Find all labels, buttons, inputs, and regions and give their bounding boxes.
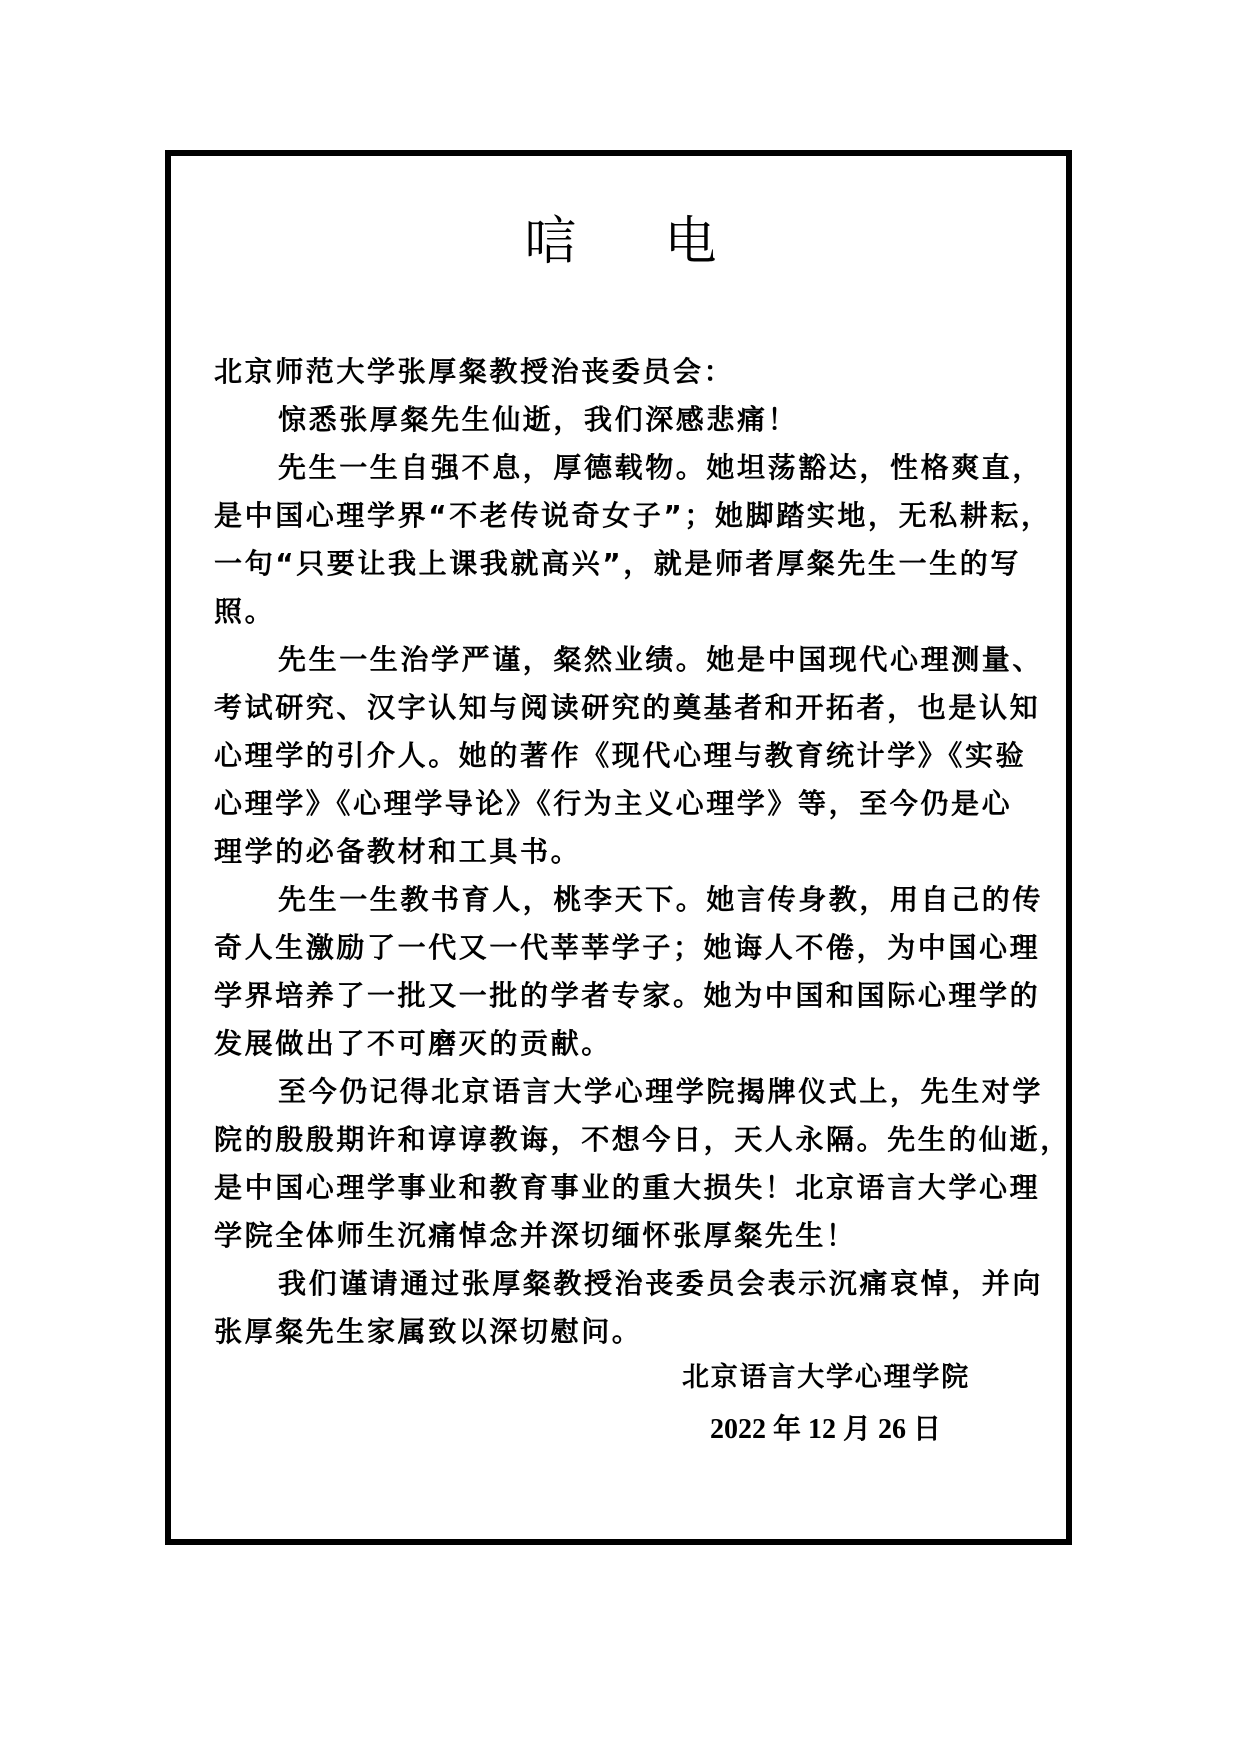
paragraph-6-line-1: 我们谨请通过张厚粲教授治丧委员会表示沉痛哀悼，并向 [214,1260,1014,1308]
title-char-2: 电 [665,210,717,274]
paragraph-2-line-1: 先生一生自强不息，厚德载物。她坦荡豁达，性格爽直， [214,444,1014,492]
paragraph-3-line-5: 理学的必备教材和工具书。 [214,828,1014,876]
letter-body: 北京师范大学张厚粲教授治丧委员会： 惊悉张厚粲先生仙逝，我们深感悲痛！ 先生一生… [214,348,1014,1356]
paragraph-2-line-2: 是中国心理学界“不老传说奇女子”；她脚踏实地，无私耕耘， [214,492,1014,540]
paragraph-2-line-3: 一句“只要让我上课我就高兴”，就是师者厚粲先生一生的写 [214,540,1014,588]
paragraph-4-line-3: 学界培养了一批又一批的学者专家。她为中国和国际心理学的 [214,972,1014,1020]
title-char-1: 唁 [524,210,576,274]
paragraph-3-line-4: 心理学》《心理学导论》《行为主义心理学》等，至今仍是心 [214,780,1014,828]
paragraph-5-line-3: 是中国心理学事业和教育事业的重大损失！北京语言大学心理 [214,1164,1014,1212]
signature-institution: 北京语言大学心理学院 [682,1354,970,1402]
paragraph-5-line-1: 至今仍记得北京语言大学心理学院揭牌仪式上，先生对学 [214,1068,1014,1116]
paragraph-6-line-2: 张厚粲先生家属致以深切慰问。 [214,1308,1014,1356]
paragraph-5-line-2: 院的殷殷期许和谆谆教诲，不想今日，天人永隔。先生的仙逝， [214,1116,1014,1164]
paragraph-3-line-3: 心理学的引介人。她的著作《现代心理与教育统计学》《实验 [214,732,1014,780]
paragraph-5-line-4: 学院全体师生沉痛悼念并深切缅怀张厚粲先生！ [214,1212,1014,1260]
document-title: 唁电 [0,210,1241,274]
signature-date: 2022 年 12 月 26 日 [710,1406,941,1454]
paragraph-4-line-1: 先生一生教书育人，桃李天下。她言传身教，用自己的传 [214,876,1014,924]
paragraph-1-line-1: 惊悉张厚粲先生仙逝，我们深感悲痛！ [214,396,1014,444]
paragraph-3-line-1: 先生一生治学严谨，粲然业绩。她是中国现代心理测量、 [214,636,1014,684]
paragraph-3-line-2: 考试研究、汉字认知与阅读研究的奠基者和开拓者，也是认知 [214,684,1014,732]
paragraph-2-line-4: 照。 [214,588,1014,636]
paragraph-4-line-2: 奇人生激励了一代又一代莘莘学子；她诲人不倦，为中国心理 [214,924,1014,972]
paragraph-4-line-4: 发展做出了不可磨灭的贡献。 [214,1020,1014,1068]
salutation: 北京师范大学张厚粲教授治丧委员会： [214,348,1014,396]
